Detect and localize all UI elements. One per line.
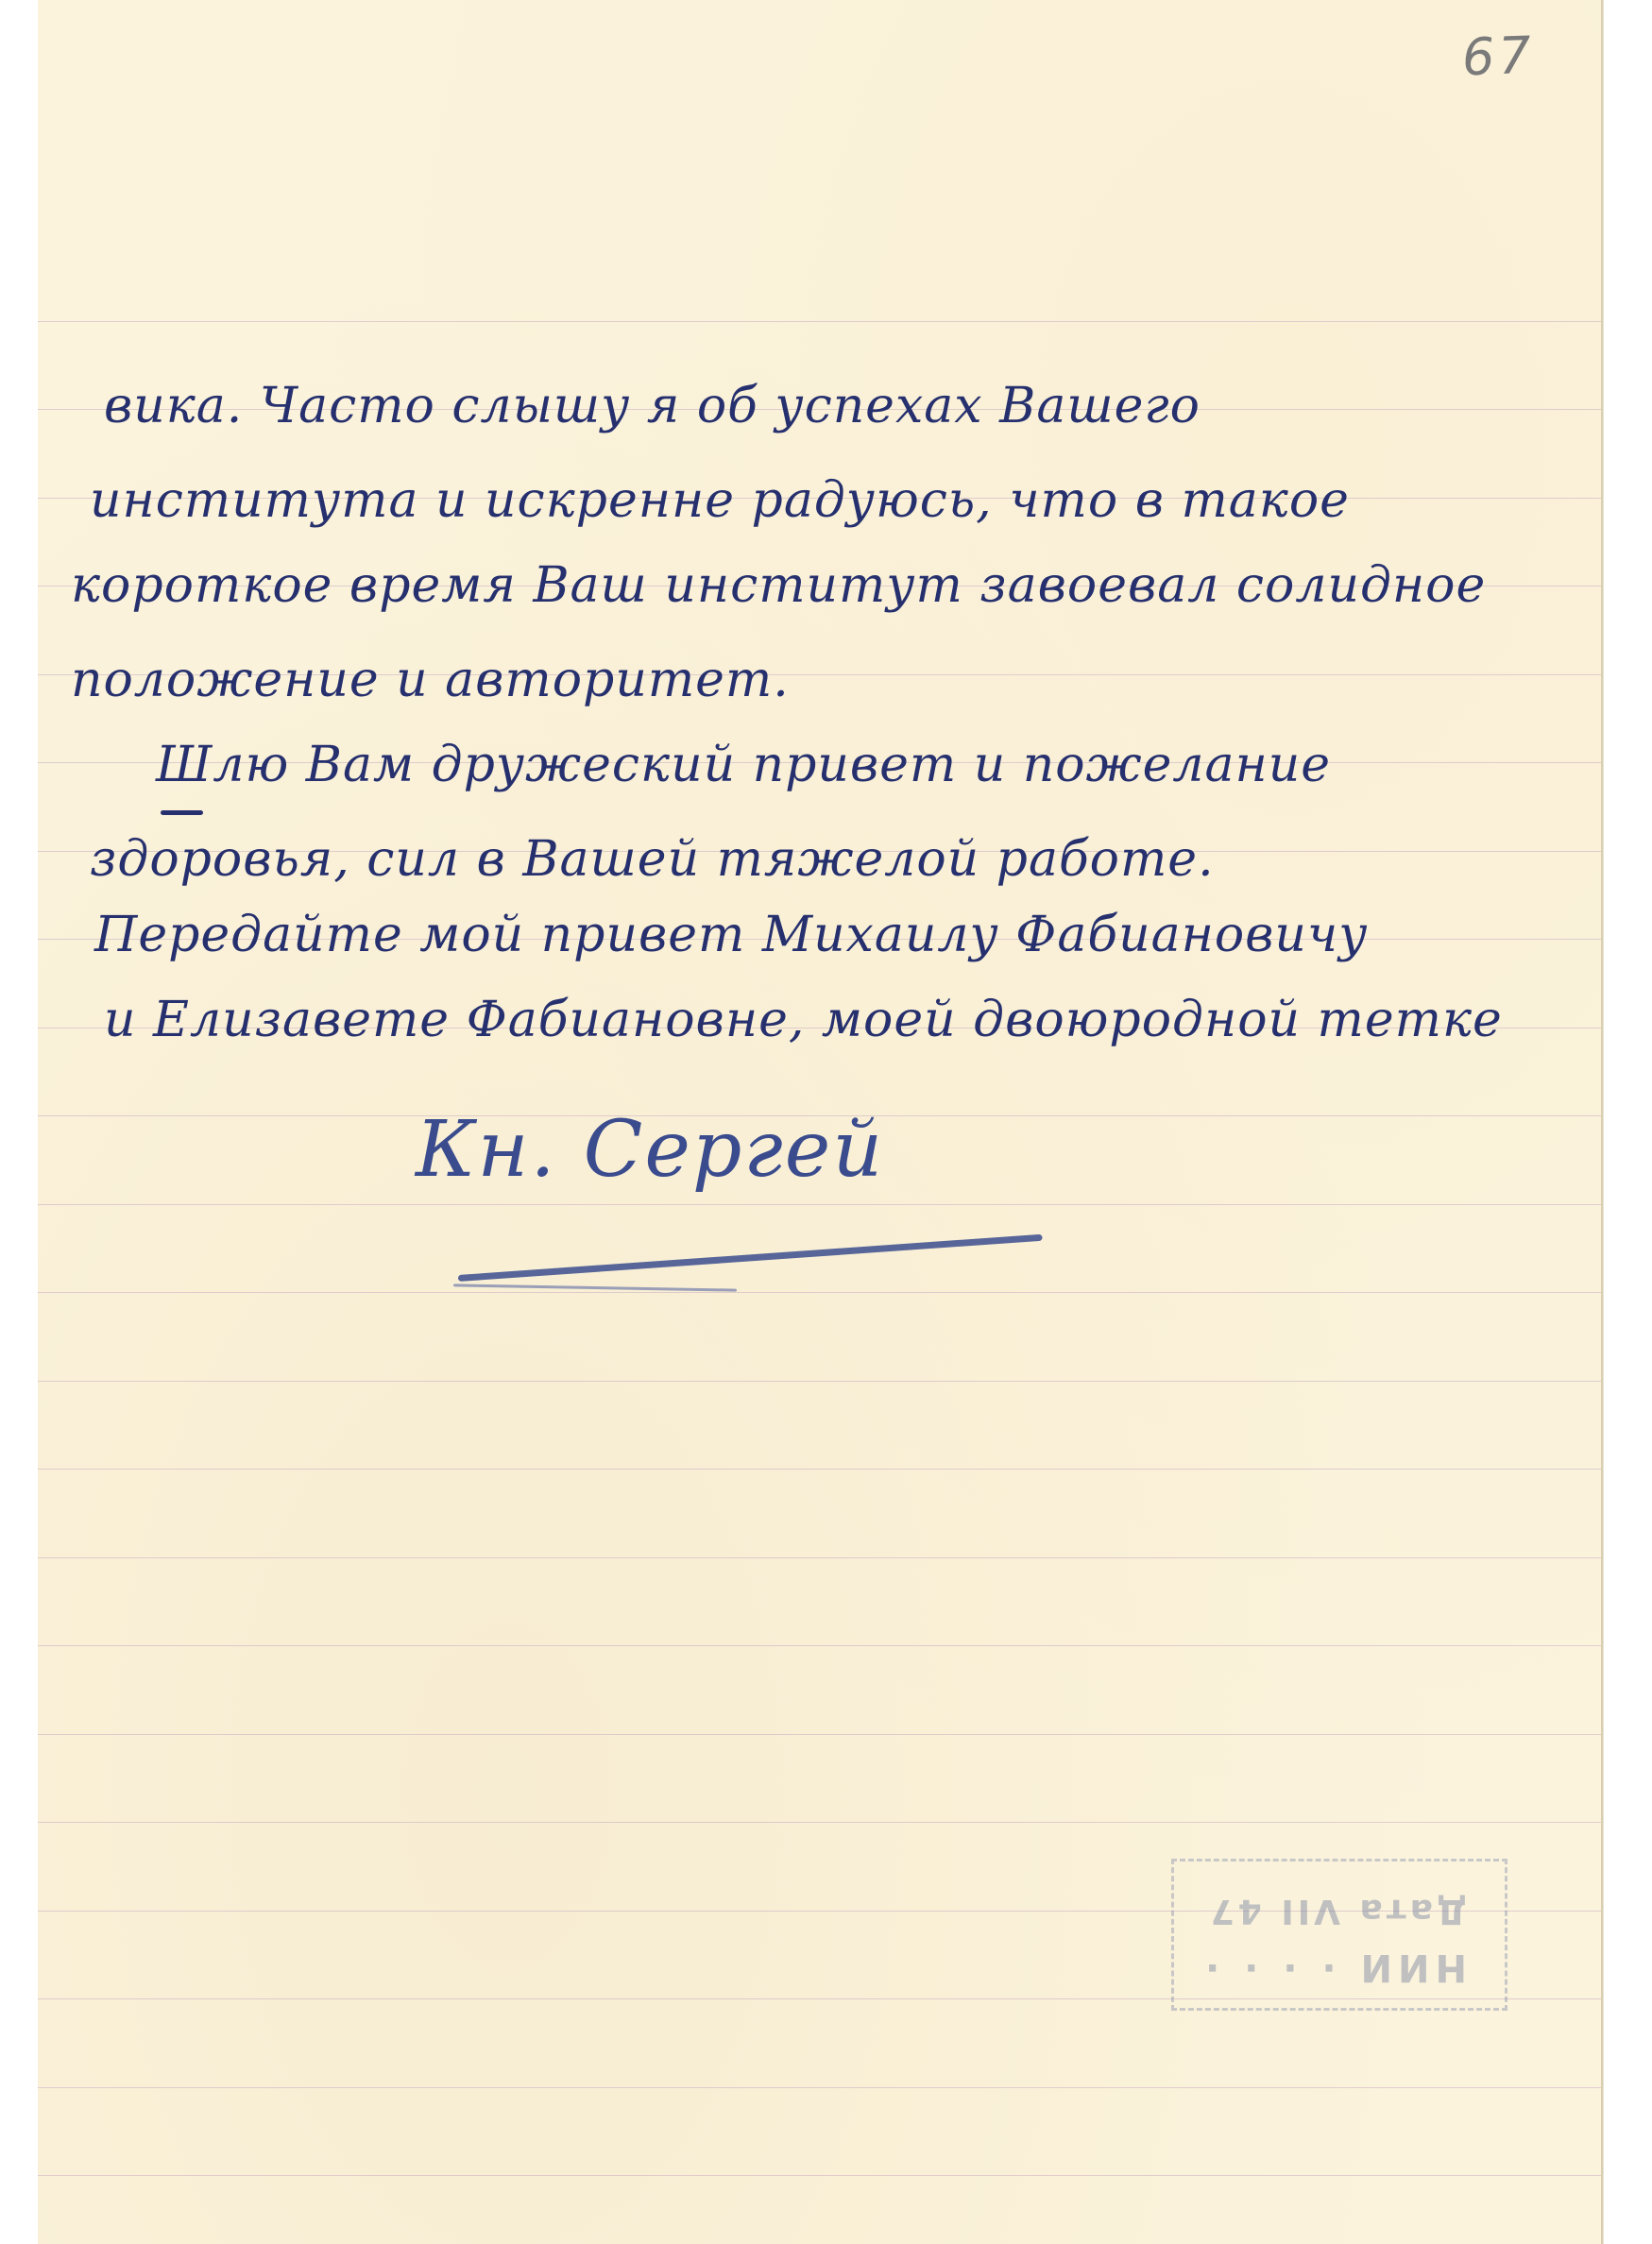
ruled-line <box>38 1822 1601 1823</box>
archive-stamp: НИИ · · · · Дата VII 47 <box>1171 1859 1507 2011</box>
ruled-line <box>38 1469 1601 1470</box>
letter-page: 67 вика. Часто слышу я об успехах Вашего… <box>38 0 1603 2244</box>
text-line: короткое время Ваш институт завоевал сол… <box>71 557 1486 614</box>
ruled-line <box>38 1292 1601 1293</box>
stamp-text: НИИ · · · · <box>1200 1946 1467 1989</box>
signature-flourish <box>453 1283 737 1291</box>
ruled-line <box>38 1645 1601 1646</box>
ruled-line <box>38 1557 1601 1558</box>
stamp-text: Дата VII 47 <box>1207 1892 1467 1930</box>
text-line: положение и авторитет. <box>71 652 790 708</box>
text-line: вика. Часто слышу я об успехах Вашего <box>104 378 1201 434</box>
text-line: Шлю Вам дружеский привет и пожелание <box>156 737 1331 793</box>
word-underline <box>161 810 203 815</box>
ruled-line <box>38 1734 1601 1735</box>
signature: Кн. Сергей <box>416 1105 884 1195</box>
ruled-line <box>38 2175 1601 2176</box>
ruled-line <box>38 1381 1601 1382</box>
ruled-line <box>38 321 1601 322</box>
ruled-line <box>38 1204 1601 1205</box>
text-line: института и искренне радуюсь, что в тако… <box>90 472 1350 529</box>
text-line: и Елизавете Фабиановне, моей двоюродной … <box>104 992 1503 1048</box>
text-line: здоровья, сил в Вашей тяжелой работе. <box>90 831 1215 888</box>
text-line: Передайте мой привет Михаилу Фабиановичу <box>94 907 1368 963</box>
ruled-line <box>38 2087 1601 2088</box>
signature-flourish <box>458 1234 1043 1282</box>
page-number: 67 <box>1461 25 1536 88</box>
